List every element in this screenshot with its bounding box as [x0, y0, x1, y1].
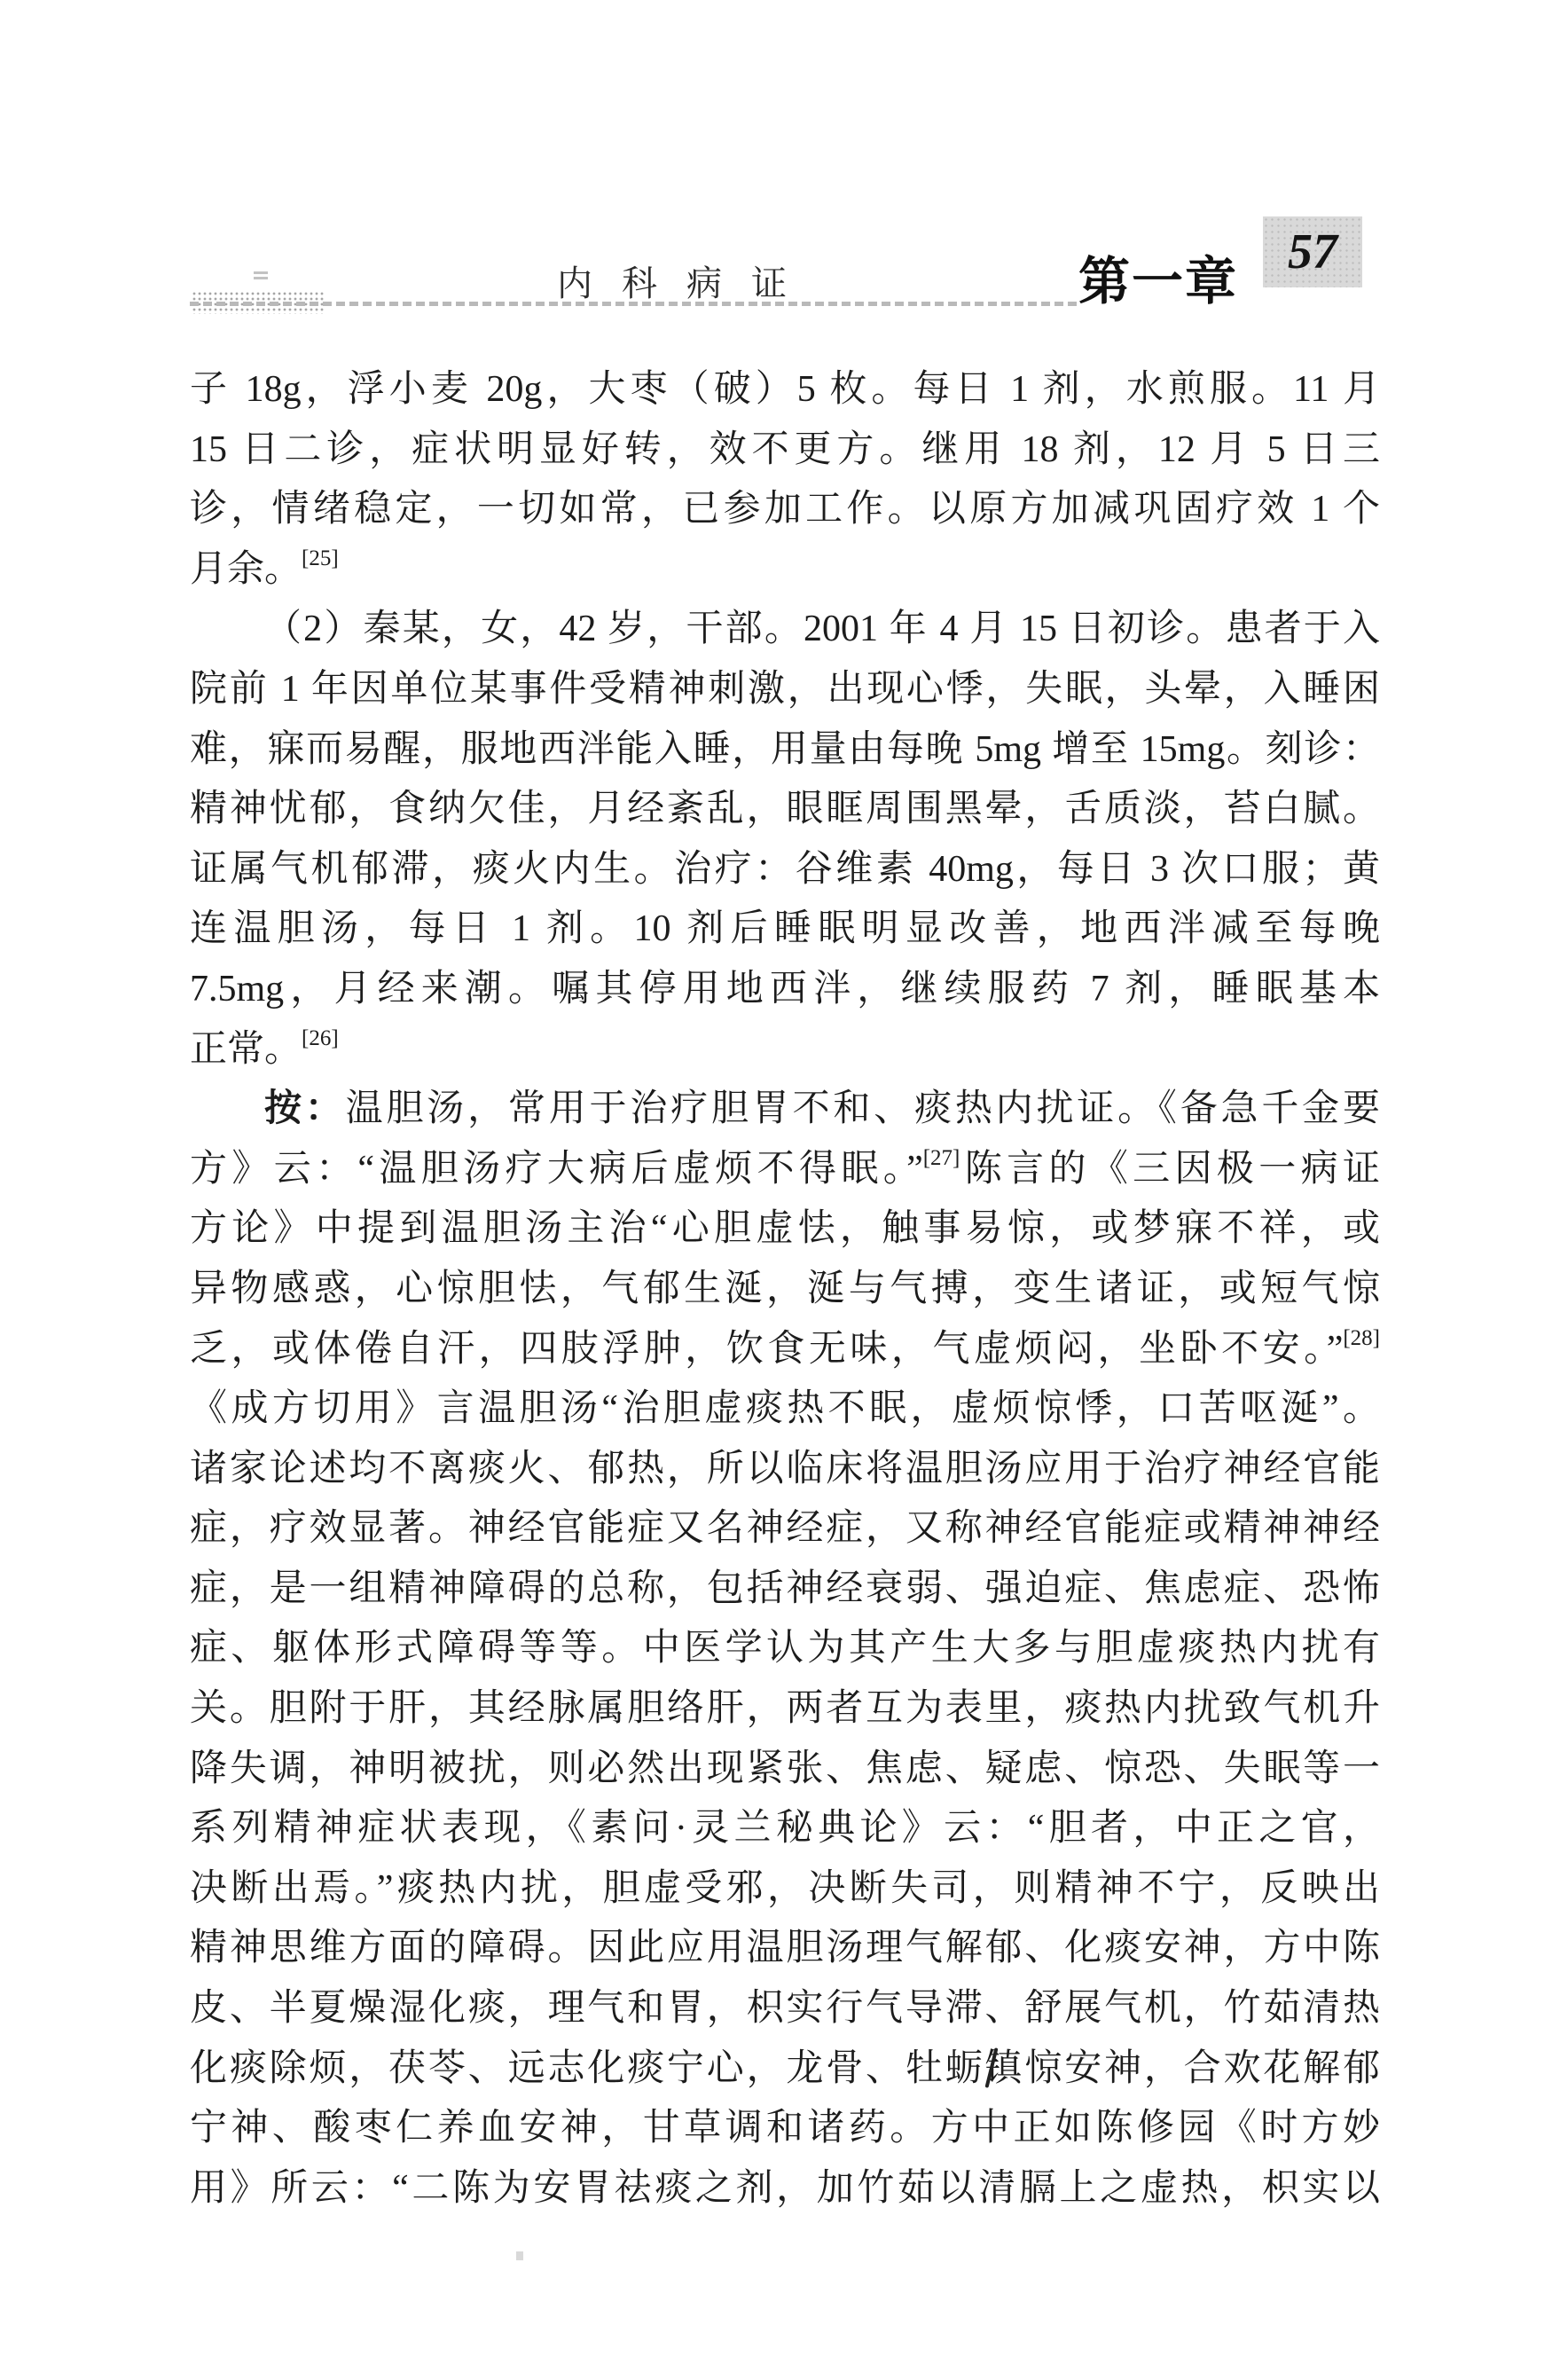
text-segment: 降失调，神明被扰，则必然出现紧张、焦虑、疑虑、惊恐、失眠等一: [190, 1748, 1380, 1789]
text-segment: 月余。: [190, 549, 302, 590]
text-segment: 异物感惑，心惊胆怯，气郁生涎，涎与气搏，变生诸证，或短气惊: [190, 1269, 1380, 1309]
text-line: 证属气机郁滞，痰火内生。治疗：谷维素 40mg，每日 3 次口服；黄: [190, 840, 1380, 900]
text-segment: 症，疗效显著。神经官能症又名神经症，又称神经官能症或精神神经: [190, 1508, 1380, 1549]
text-line: 诸家论述均不离痰火、郁热，所以临床将温胆汤应用于治疗神经官能: [190, 1440, 1380, 1500]
text-segment: 正常。: [190, 1029, 302, 1070]
footnote-ref: [28]: [1343, 1326, 1380, 1350]
text-line: 月余。[25]: [190, 540, 1380, 601]
text-segment: 连温胆汤，每日 1 剂。10 剂后睡眠明显改善，地西泮减至每晚: [190, 908, 1380, 949]
footnote-ref: [27]: [923, 1146, 960, 1170]
text-line: 系列精神症状表现，《素问·灵兰秘典论》云：“胆者，中正之官，: [190, 1799, 1380, 1859]
scan-speck: [254, 271, 268, 274]
body-text: 子 18g，浮小麦 20g，大枣（破）5 枚。每日 1 剂，水煎服。11 月15…: [190, 360, 1380, 2219]
text-line: 降失调，神明被扰，则必然出现紧张、焦虑、疑虑、惊恐、失眠等一: [190, 1740, 1380, 1800]
text-line: 方论》中提到温胆汤主治“心胆虚怯，触事易惊，或梦寐不祥，或: [190, 1199, 1380, 1260]
text-line: 按：温胆汤，常用于治疗胆胃不和、痰热内扰证。《备急千金要: [190, 1080, 1380, 1140]
text-segment: 院前 1 年因单位某事件受精神刺激，出现心悸，失眠，头晕，入睡困: [190, 669, 1380, 710]
text-segment: 精神思维方面的障碍。因此应用温胆汤理气解郁、化痰安神，方中陈: [190, 1928, 1380, 1968]
text-segment: 证属气机郁滞，痰火内生。治疗：谷维素 40mg，每日 3 次口服；黄: [190, 849, 1380, 890]
scan-speck: [516, 2251, 523, 2260]
page-number: 57: [1288, 224, 1337, 280]
text-line: 《成方切用》言温胆汤“治胆虚痰热不眠，虚烦惊悸，口苦呕涎”。: [190, 1379, 1380, 1440]
footnote-ref: [26]: [302, 1026, 339, 1050]
text-segment: 用》所云：“二陈为安胃祛痰之剂，加竹茹以清膈上之虚热，枳实以: [190, 2168, 1380, 2209]
text-line: 症，是一组精神障碍的总称，包括神经衰弱、强迫症、焦虑症、恐怖: [190, 1560, 1380, 1620]
footnote-ref: [25]: [302, 546, 339, 570]
text-line: 精神思维方面的障碍。因此应用温胆汤理气解郁、化痰安神，方中陈: [190, 1919, 1380, 1979]
page-number-box: 57: [1263, 216, 1362, 287]
text-segment: 系列精神症状表现，《素问·灵兰秘典论》云：“胆者，中正之官，: [190, 1808, 1380, 1849]
text-line: 乏，或体倦自汗，四肢浮肿，饮食无味，气虚烦闷，坐卧不安。”[28]: [190, 1320, 1380, 1380]
text-line: 异物感惑，心惊胆怯，气郁生涎，涎与气搏，变生诸证，或短气惊: [190, 1260, 1380, 1320]
text-line: 精神忧郁，食纳欠佳，月经紊乱，眼眶周围黑晕，舌质淡，苔白腻。: [190, 780, 1380, 840]
text-segment: 诊，情绪稳定，一切如常，已参加工作。以原方加减巩固疗效 1 个: [190, 489, 1380, 530]
text-line: 化痰除烦，茯苓、远志化痰宁心，龙骨、牡蛎镇惊安神，合欢花解郁: [190, 2039, 1380, 2100]
text-line: 决断出焉。”痰热内扰，胆虚受邪，决断失司，则精神不宁，反映出: [190, 1859, 1380, 1920]
text-segment: 精神忧郁，食纳欠佳，月经紊乱，眼眶周围黑晕，舌质淡，苔白腻。: [190, 789, 1380, 829]
text-segment: 温胆汤，常用于治疗胆胃不和、痰热内扰证。《备急千金要: [346, 1088, 1380, 1129]
text-line: 宁神、酸枣仁养血安神，甘草调和诸药。方中正如陈修园《时方妙: [190, 2099, 1380, 2159]
text-segment: 难，寐而易醒，服地西泮能入睡，用量由每晚 5mg 增至 15mg。刻诊：: [190, 729, 1380, 770]
text-segment: 15 日二诊，症状明显好转，效不更方。继用 18 剂，12 月 5 日三: [190, 429, 1380, 470]
book-page: 内科病证 第一章 57 子 18g，浮小麦 20g，大枣（破）5 枚。每日 1 …: [0, 0, 1568, 2357]
text-line: 关。胆附于肝，其经脉属胆络肝，两者互为表里，痰热内扰致气机升: [190, 1679, 1380, 1740]
text-line: 院前 1 年因单位某事件受精神刺激，出现心悸，失眠，头晕，入睡困: [190, 660, 1380, 720]
text-segment: 方》云：“温胆汤疗大病后虚烦不得眠。”: [190, 1149, 923, 1190]
text-segment: 诸家论述均不离痰火、郁热，所以临床将温胆汤应用于治疗神经官能: [190, 1449, 1380, 1489]
text-line: 诊，情绪稳定，一切如常，已参加工作。以原方加减巩固疗效 1 个: [190, 480, 1380, 540]
text-line: 难，寐而易醒，服地西泮能入睡，用量由每晚 5mg 增至 15mg。刻诊：: [190, 720, 1380, 781]
text-segment: 陈言的《三因极一病证: [960, 1149, 1380, 1190]
text-line: 连温胆汤，每日 1 剂。10 剂后睡眠明显改善，地西泮减至每晚: [190, 900, 1380, 960]
text-segment: 症、躯体形式障碍等等。中医学认为其产生大多与胆虚痰热内扰有: [190, 1628, 1380, 1669]
text-segment: 子 18g，浮小麦 20g，大枣（破）5 枚。每日 1 剂，水煎服。11 月: [190, 369, 1380, 410]
text-segment: 7.5mg，月经来潮。嘱其停用地西泮，继续服药 7 剂，睡眠基本: [190, 969, 1380, 1010]
text-line: 正常。[26]: [190, 1020, 1380, 1080]
running-title: 内科病证: [557, 255, 816, 306]
text-line: 方》云：“温胆汤疗大病后虚烦不得眠。”[27]陈言的《三因极一病证: [190, 1140, 1380, 1200]
text-line: 子 18g，浮小麦 20g，大枣（破）5 枚。每日 1 剂，水煎服。11 月: [190, 360, 1380, 420]
chapter-label: 第一章: [1078, 240, 1238, 314]
text-line: 7.5mg，月经来潮。嘱其停用地西泮，继续服药 7 剂，睡眠基本: [190, 960, 1380, 1020]
text-line: 用》所云：“二陈为安胃祛痰之剂，加竹茹以清膈上之虚热，枳实以: [190, 2159, 1380, 2220]
text-segment: 化痰除烦，茯苓、远志化痰宁心，龙骨、牡蛎镇惊安神，合欢花解郁: [190, 2048, 1380, 2089]
text-segment: 按：: [264, 1088, 346, 1129]
text-segment: 宁神、酸枣仁养血安神，甘草调和诸药。方中正如陈修园《时方妙: [190, 2108, 1380, 2149]
text-line: 症、躯体形式障碍等等。中医学认为其产生大多与胆虚痰热内扰有: [190, 1619, 1380, 1679]
text-segment: 方论》中提到温胆汤主治“心胆虚怯，触事易惊，或梦寐不祥，或: [190, 1208, 1380, 1249]
text-segment: （2）秦某，女，42 岁，干部。2001 年 4 月 15 日初诊。患者于入: [264, 609, 1380, 649]
text-line: 皮、半夏燥湿化痰，理气和胃，枳实行气导滞、舒展气机，竹茹清热: [190, 1979, 1380, 2039]
text-segment: 皮、半夏燥湿化痰，理气和胃，枳实行气导滞、舒展气机，竹茹清热: [190, 1988, 1380, 2029]
text-segment: 《成方切用》言温胆汤“治胆虚痰热不眠，虚烦惊悸，口苦呕涎”。: [190, 1388, 1380, 1429]
text-line: 症，疗效显著。神经官能症又名神经症，又称神经官能症或精神神经: [190, 1499, 1380, 1560]
text-segment: 乏，或体倦自汗，四肢浮肿，饮食无味，气虚烦闷，坐卧不安。”: [190, 1329, 1343, 1370]
text-line: 15 日二诊，症状明显好转，效不更方。继用 18 剂，12 月 5 日三: [190, 420, 1380, 481]
text-segment: 症，是一组精神障碍的总称，包括神经衰弱、强迫症、焦虑症、恐怖: [190, 1568, 1380, 1609]
text-segment: 决断出焉。”痰热内扰，胆虚受邪，决断失司，则精神不宁，反映出: [190, 1868, 1380, 1909]
text-line: （2）秦某，女，42 岁，干部。2001 年 4 月 15 日初诊。患者于入: [190, 600, 1380, 660]
text-segment: 关。胆附于肝，其经脉属胆络肝，两者互为表里，痰热内扰致气机升: [190, 1688, 1380, 1729]
